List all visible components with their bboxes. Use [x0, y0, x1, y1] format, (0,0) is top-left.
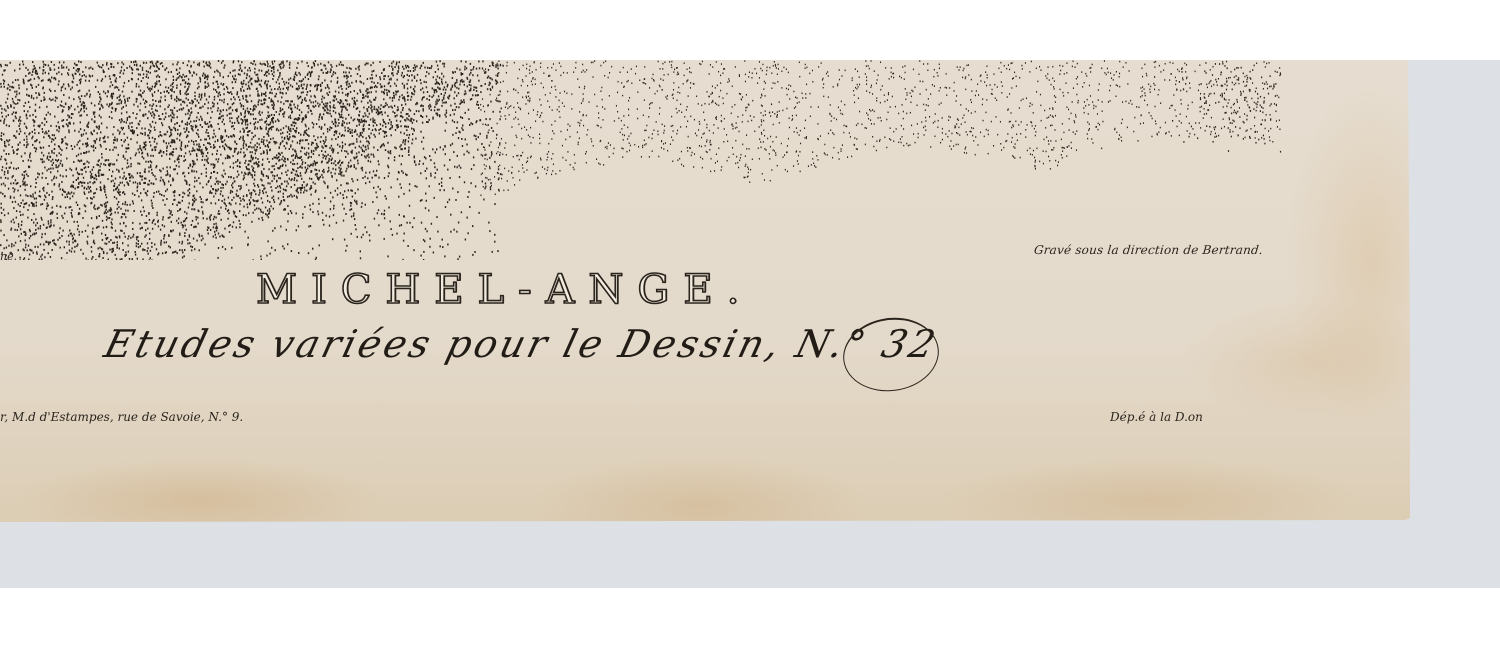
- print-title: MICHEL-ANGE.: [256, 267, 753, 313]
- engraver-credit: Gravé sous la direction de Bertrand.: [1033, 243, 1263, 257]
- left-inscription-fragment: ne.: [0, 250, 17, 263]
- stipple-engraving: [0, 60, 1410, 260]
- deposit-mark: Dép.é à la D.on: [1110, 410, 1203, 424]
- photo-backdrop: ne. Gravé sous la direction de Bertrand.…: [0, 60, 1500, 588]
- paper-sheet: ne. Gravé sous la direction de Bertrand.…: [0, 60, 1410, 522]
- print-subtitle: Etudes variées pour le Dessin, N.° 32: [100, 322, 943, 366]
- publisher-line: r, M.d d'Estampes, rue de Savoie, N.° 9.: [0, 410, 243, 424]
